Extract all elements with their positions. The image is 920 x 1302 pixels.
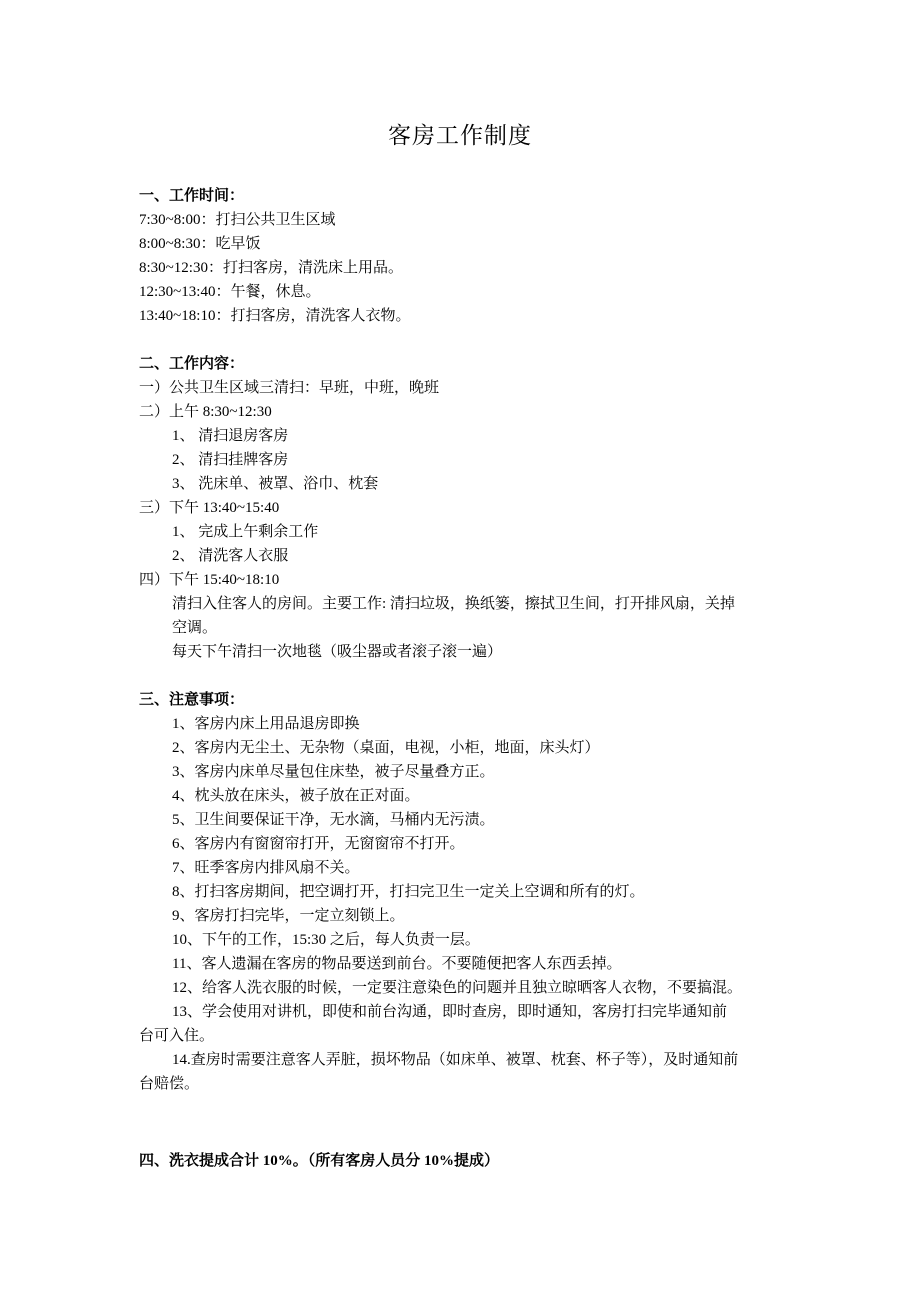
note-item: 9、客房打扫完毕，一定立刻锁上。 <box>172 906 405 926</box>
section-heading-work-content: 二、工作内容： <box>139 354 244 374</box>
content-line: 一）公共卫生区域三清扫：早班，中班，晚班 <box>139 378 439 398</box>
section-heading-work-hours: 一、工作时间： <box>139 186 244 206</box>
note-item-continuation: 台可入住。 <box>139 1026 214 1046</box>
note-item: 7、旺季客房内排风扇不关。 <box>172 858 360 878</box>
note-item: 5、卫生间要保证干净，无水滴，马桶内无污渍。 <box>172 810 495 830</box>
content-subitem: 3、 洗床单、被罩、浴巾、枕套 <box>172 474 378 494</box>
content-subitem: 2、 清扫挂牌客房 <box>172 450 288 470</box>
schedule-line: 12:30~13:40：午餐，休息。 <box>139 282 320 302</box>
content-subitem: 1、 清扫退房客房 <box>172 426 288 446</box>
content-line: 四）下午 15:40~18:10 <box>139 570 279 590</box>
note-item: 10、下午的工作，15:30 之后，每人负责一层。 <box>172 930 480 950</box>
section-heading-laundry-commission: 四、洗衣提成合计 10%。（所有客房人员分 10%提成） <box>139 1151 499 1171</box>
schedule-line: 7:30~8:00：打扫公共卫生区域 <box>139 210 335 230</box>
document-page: 客房工作制度 一、工作时间： 7:30~8:00：打扫公共卫生区域 8:00~8… <box>0 0 920 1302</box>
content-line: 三）下午 13:40~15:40 <box>139 498 279 518</box>
note-item: 13、学会使用对讲机，即使和前台沟通，即时查房，即时通知，客房打扫完毕通知前 <box>172 1002 727 1022</box>
note-item: 4、枕头放在床头，被子放在正对面。 <box>172 786 420 806</box>
note-item: 2、客房内无尘土、无杂物（桌面，电视，小柜，地面，床头灯） <box>172 738 600 758</box>
note-item: 14.查房时需要注意客人弄脏，损坏物品（如床单、被罩、枕套、杯子等），及时通知前 <box>172 1050 738 1070</box>
schedule-line: 13:40~18:10：打扫客房，清洗客人衣物。 <box>139 306 410 326</box>
schedule-line: 8:00~8:30：吃早饭 <box>139 234 260 254</box>
content-line: 二）上午 8:30~12:30 <box>139 402 272 422</box>
content-paragraph: 空调。 <box>172 618 217 638</box>
note-item: 12、给客人洗衣服的时候，一定要注意染色的问题并且独立晾晒客人衣物，不要搞混。 <box>172 978 742 998</box>
section-heading-notes: 三、注意事项： <box>139 690 244 710</box>
note-item: 6、客房内有窗窗帘打开，无窗窗帘不打开。 <box>172 834 465 854</box>
note-item-continuation: 台赔偿。 <box>139 1074 199 1094</box>
content-paragraph: 每天下午清扫一次地毯（吸尘器或者滚子滚一遍） <box>172 642 502 662</box>
note-item: 8、打扫客房期间，把空调打开，打扫完卫生一定关上空调和所有的灯。 <box>172 882 645 902</box>
document-title: 客房工作制度 <box>0 120 920 152</box>
note-item: 1、客房内床上用品退房即换 <box>172 714 360 734</box>
content-paragraph: 清扫入住客人的房间。主要工作: 清扫垃圾，换纸篓，擦拭卫生间，打开排风扇，关掉 <box>172 594 735 614</box>
schedule-line: 8:30~12:30：打扫客房，清洗床上用品。 <box>139 258 403 278</box>
content-subitem: 1、 完成上午剩余工作 <box>172 522 318 542</box>
note-item: 3、客房内床单尽量包住床垫，被子尽量叠方正。 <box>172 762 495 782</box>
note-item: 11、客人遗漏在客房的物品要送到前台。不要随便把客人东西丢掉。 <box>172 954 621 974</box>
content-subitem: 2、 清洗客人衣服 <box>172 546 288 566</box>
